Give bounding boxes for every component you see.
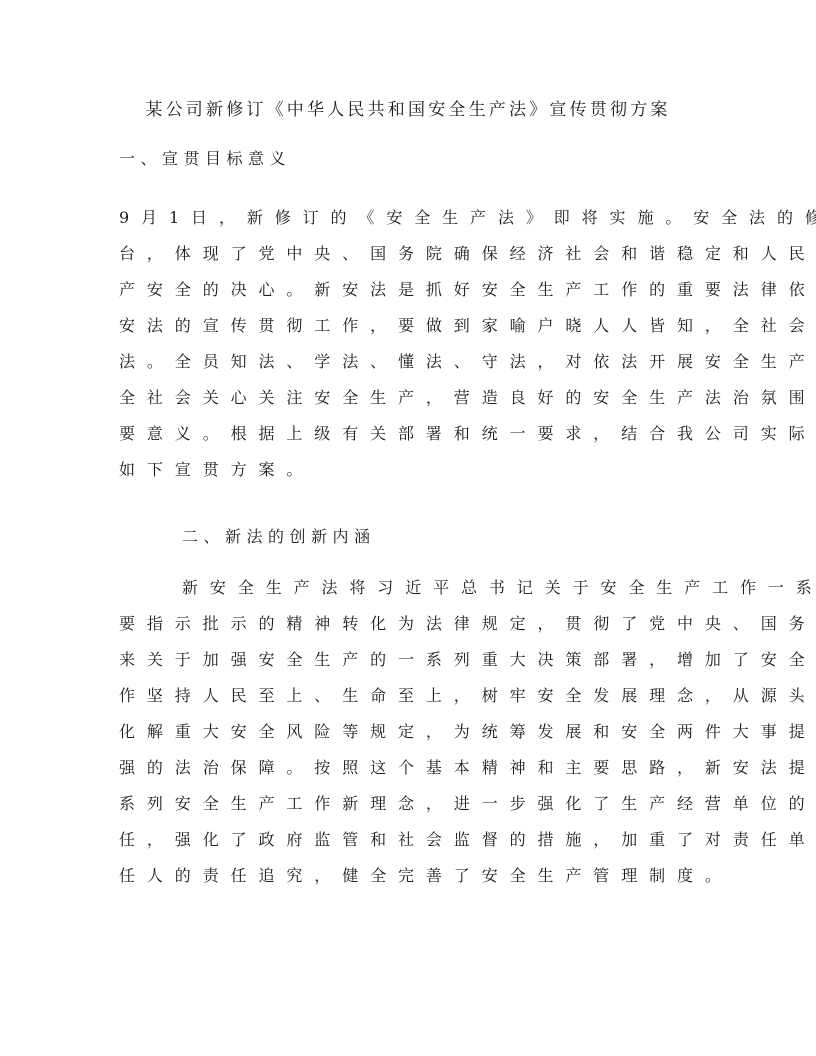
section-1-paragraph: 9月1日，新修订的《安全生产法》即将实施。安全法的修订和出 台，体现了党中央、国… — [119, 200, 685, 488]
paragraph-line: 9月1日，新修订的《安全生产法》即将实施。安全法的修订和出 — [119, 200, 685, 236]
paragraph-line: 来关于加强安全生产的一系列重大决策部署，增加了安全生产工 — [119, 642, 685, 678]
paragraph-line: 产安全的决心。新安法是抓好安全生产工作的重要法律依据，新 — [119, 272, 685, 308]
paragraph-line: 台，体现了党中央、国务院确保经济社会和谐稳定和人民生命财 — [119, 236, 685, 272]
section-heading-1: 一、宣贯目标意义 — [119, 145, 291, 173]
document-page: 某公司新修订《中华人民共和国安全生产法》宣传贯彻方案 一、宣贯目标意义 9月1日… — [0, 0, 816, 1056]
document-title: 某公司新修订《中华人民共和国安全生产法》宣传贯彻方案 — [0, 96, 816, 124]
paragraph-line: 任人的责任追究，健全完善了安全生产管理制度。 — [119, 858, 685, 894]
paragraph-line: 系列安全生产工作新理念，进一步强化了生产经营单位的主体责 — [119, 786, 685, 822]
paragraph-line: 强的法治保障。按照这个基本精神和主要思路，新安法提出了一 — [119, 750, 685, 786]
section-2-paragraph: 新安全生产法将习近平总书记关于安全生产工作一系列重 要指示批示的精神转化为法律规… — [119, 570, 685, 894]
paragraph-line: 作坚持人民至上、生命至上，树牢安全发展理念，从源头上防范 — [119, 678, 685, 714]
paragraph-line: 全社会关心关注安全生产，营造良好的安全生产法治氛围具有重 — [119, 380, 685, 416]
paragraph-line: 要指示批示的精神转化为法律规定，贯彻了党中央、国务院近年 — [119, 606, 685, 642]
paragraph-line: 新安全生产法将习近平总书记关于安全生产工作一系列重 — [119, 570, 685, 606]
paragraph-line: 如下宣贯方案。 — [119, 452, 685, 488]
paragraph-line: 化解重大安全风险等规定，为统筹发展和安全两件大事提供了坚 — [119, 714, 685, 750]
section-heading-2: 二、新法的创新内涵 — [182, 523, 376, 551]
paragraph-line: 要意义。根据上级有关部署和统一要求，结合我公司实际，制定 — [119, 416, 685, 452]
paragraph-line: 法。全员知法、学法、懂法、守法，对依法开展安全生产工作， — [119, 344, 685, 380]
paragraph-line: 安法的宣传贯彻工作，要做到家喻户晓人人皆知，全社会遵法守 — [119, 308, 685, 344]
paragraph-line: 任，强化了政府监管和社会监督的措施，加重了对责任单位和责 — [119, 822, 685, 858]
